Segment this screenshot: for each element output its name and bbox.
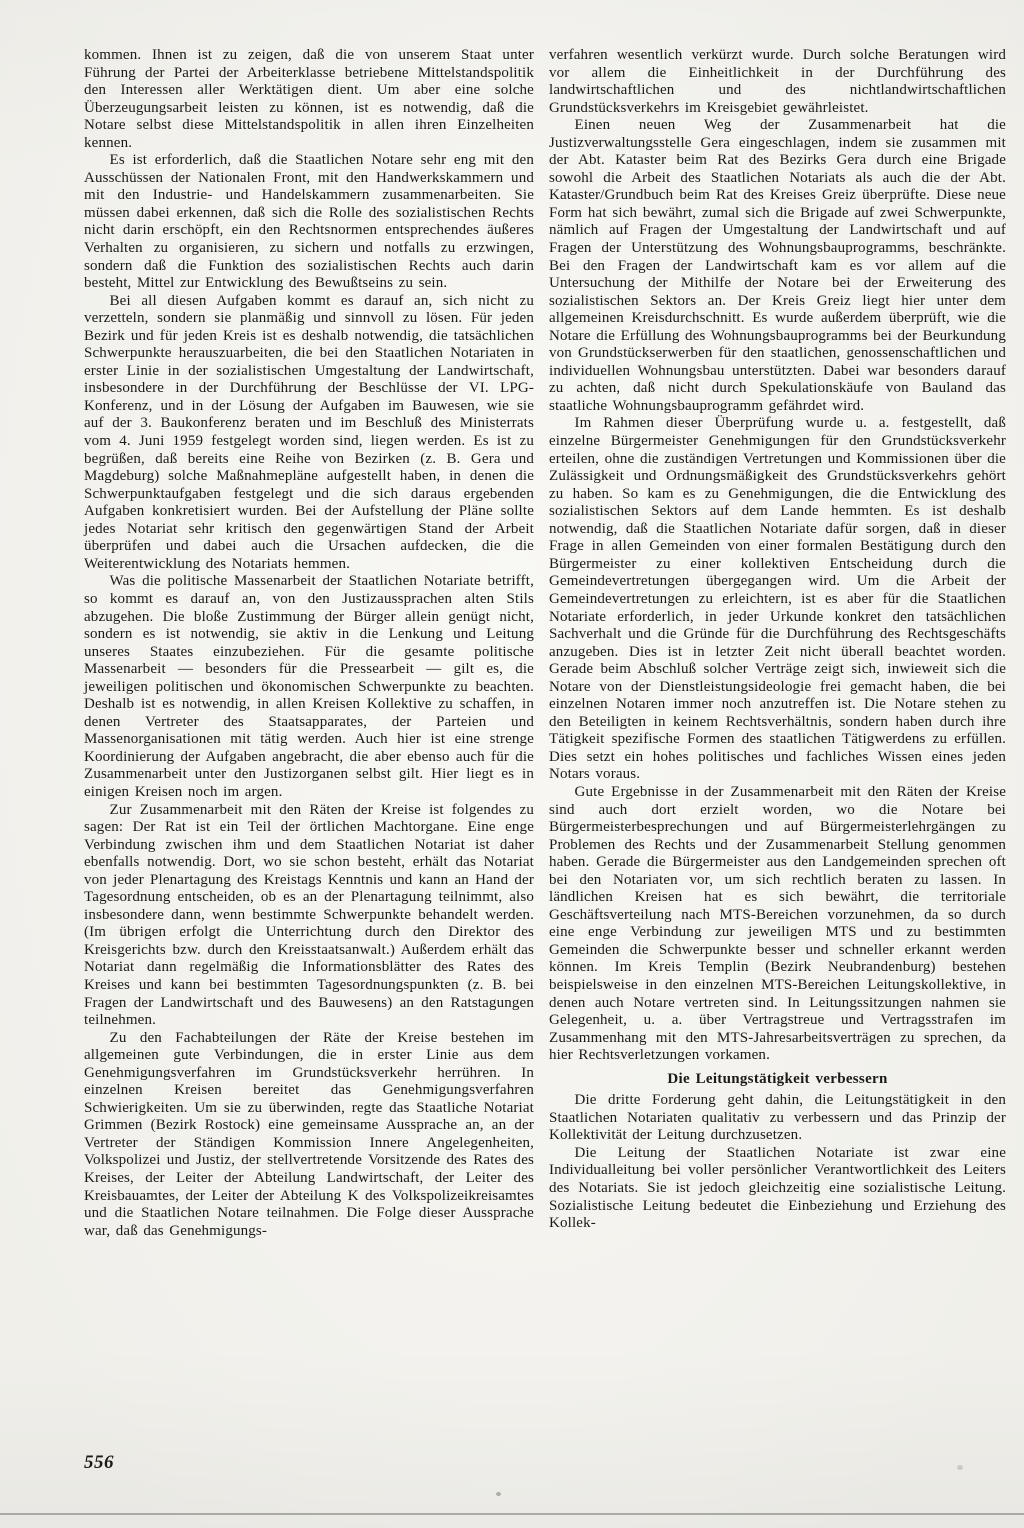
- paragraph: kommen. Ihnen ist zu zeigen, daß die von…: [84, 47, 534, 152]
- paragraph: Was die politische Massenarbeit der Staa…: [84, 573, 534, 801]
- paragraph: Im Rahmen dieser Überprüfung wurde u. a.…: [549, 415, 1006, 783]
- document-page: { "document": { "language": "de", "page_…: [0, 0, 1024, 1528]
- paragraph: Die Leitung der Staatlichen Notariate is…: [549, 1145, 1006, 1233]
- paragraph: Zu den Fachabteilungen der Räte der Krei…: [84, 1030, 534, 1241]
- paragraph: Zur Zusammenarbeit mit den Räten der Kre…: [84, 802, 534, 1030]
- right-column: verfahren wesentlich verkürzt wurde. Dur…: [549, 47, 1006, 1233]
- page-number: 556: [84, 1452, 114, 1474]
- left-column: kommen. Ihnen ist zu zeigen, daß die von…: [84, 47, 534, 1240]
- scan-edge-line: [0, 1513, 1024, 1515]
- paragraph: Die dritte Forderung geht dahin, die Lei…: [549, 1092, 1006, 1145]
- scan-speck: [496, 1492, 501, 1496]
- paragraph: Einen neuen Weg der Zusammenarbeit hat d…: [549, 117, 1006, 415]
- section-heading: Die Leitungstätigkeit verbessern: [549, 1071, 1006, 1089]
- paragraph: Gute Ergebnisse in der Zusammenarbeit mi…: [549, 784, 1006, 1065]
- paragraph: Bei all diesen Aufgaben kommt es darauf …: [84, 293, 534, 574]
- paragraph: verfahren wesentlich verkürzt wurde. Dur…: [549, 47, 1006, 117]
- scan-speck: [957, 1465, 963, 1470]
- paragraph: Es ist erforderlich, daß die Staatlichen…: [84, 152, 534, 292]
